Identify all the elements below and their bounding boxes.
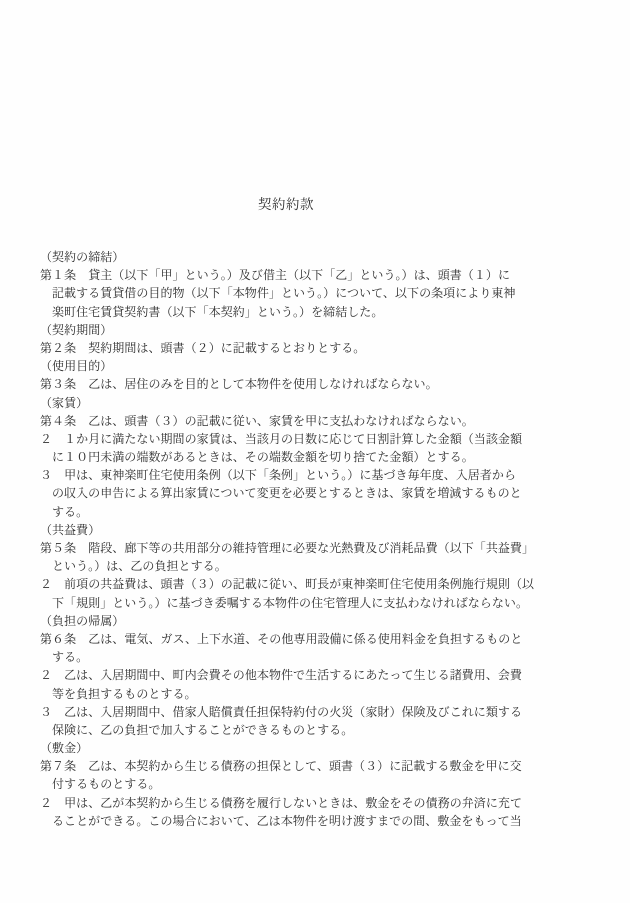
document-line: 楽町住宅賃貸契約書（以下「本契約」という。）を締結した。 [40,303,585,321]
document-page: 契約約款 （契約の締結）第１条 貸主（以下「甲」という。）及び借主（以下「乙」と… [0,0,630,903]
document-line: 下「規則」という。）に基づき委嘱する本物件の住宅管理人に支払わなければならない。 [40,594,585,612]
document-line: ２ 前項の共益費は、頭書（３）の記載に従い、町長が東神楽町住宅使用条例施行規則（… [40,575,585,593]
document-line: 第５条 階段、廊下等の共用部分の維持管理に必要な光熱費及び消耗品費（以下「共益費… [40,539,585,557]
document-line: （負担の帰属） [40,612,585,630]
document-line: という。）は、乙の負担とする。 [40,557,585,575]
document-line: に１０円未満の端数があるときは、その端数金額を切り捨てた金額）とする。 [40,448,585,466]
document-line: ３ 乙は、入居期間中、借家人賠償責任担保特約付の火災（家財）保険及びこれに類する [40,703,585,721]
document-line: 第４条 乙は、頭書（３）の記載に従い、家賃を甲に支払わなければならない。 [40,412,585,430]
document-line: する。 [40,648,585,666]
document-line: （敷金） [40,739,585,757]
document-line: 記載する賃貸借の目的物（以下「本物件」という。）について、以下の条項により東神 [40,284,585,302]
document-line: する。 [40,503,585,521]
document-line: 等を負担するものとする。 [40,685,585,703]
document-title: 契約約款 [40,193,532,213]
document-line: 第７条 乙は、本契約から生じる債務の担保として、頭書（３）に記載する敷金を甲に交 [40,757,585,775]
document-line: （共益費） [40,521,585,539]
document-line: （契約期間） [40,321,585,339]
document-line: （契約の締結） [40,248,585,266]
document-line: 第３条 乙は、居住のみを目的として本物件を使用しなければならない。 [40,375,585,393]
document-line: 第１条 貸主（以下「甲」という。）及び借主（以下「乙」という。）は、頭書（１）に [40,266,585,284]
document-line: （使用目的） [40,357,585,375]
document-line: （家賃） [40,394,585,412]
document-line: ることができる。この場合において、乙は本物件を明け渡すまでの間、敷金をもって当 [40,812,585,830]
document-line: 付するものとする。 [40,775,585,793]
document-line: 第２条 契約期間は、頭書（２）に記載するとおりとする。 [40,339,585,357]
document-body: （契約の締結）第１条 貸主（以下「甲」という。）及び借主（以下「乙」という。）は… [40,248,585,830]
document-line: ３ 甲は、東神楽町住宅使用条例（以下「条例」という。）に基づき毎年度、入居者から [40,466,585,484]
document-line: 第６条 乙は、電気、ガス、上下水道、その他専用設備に係る使用料金を負担するものと [40,630,585,648]
document-line: ２ １か月に満たない期間の家賃は、当該月の日数に応じて日割計算した金額（当該金額 [40,430,585,448]
document-line: ２ 乙は、入居期間中、町内会費その他本物件で生活するにあたって生じる諸費用、会費 [40,666,585,684]
document-line: 保険に、乙の負担で加入することができるものとする。 [40,721,585,739]
document-line: ２ 甲は、乙が本契約から生じる債務を履行しないときは、敷金をその債務の弁済に充て [40,794,585,812]
document-line: の収入の申告による算出家賃について変更を必要とするときは、家賃を増減するものと [40,484,585,502]
